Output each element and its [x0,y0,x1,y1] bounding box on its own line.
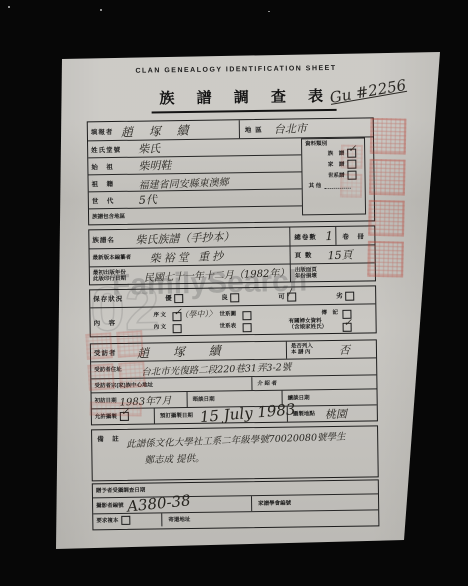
title-label: 族譜名 [89,234,135,244]
checkbox-good [230,293,239,302]
volume-count-value: 1 [325,229,333,243]
form-title-chinese: 族 譜 調 查 表 [151,85,336,114]
preface-label: 序 文 [150,312,169,318]
copy-requested-label: 要求複本 [93,517,121,523]
checkbox-fair: ∕ [287,292,296,301]
surname-hall-value: 柴氏 [138,140,161,157]
generations-value: 5代 [139,191,158,208]
this-edition-label: 此版印行日期 [90,275,144,282]
pages-label: 頁 數 [292,250,316,259]
introducer-label: 介 紹 者 [254,380,280,386]
red-seal-stamp [90,401,142,416]
checkbox-lineage-table [243,323,252,332]
category-other-label: 其 他 [306,183,325,189]
compiler-label: 最新版本編纂者 [90,254,150,261]
checkbox-lineage-chart [242,311,251,320]
volume-unit-label: 卷 冊 [339,231,368,240]
listed-in-genealogy-value: 否 [339,341,351,357]
region-value: 台北市 [274,120,308,137]
film-speck [268,11,270,12]
remarks-line2: 鄭志成 提供。 [144,450,204,466]
filming-location-value: 桃園 [325,405,348,422]
red-seal-stamp [340,144,363,197]
preface-note: （學中）〉 [180,308,216,320]
section-condition-contents: 保存狀況 優 良 可 ∕ 劣 內 容 序 文 ✓ （學中）〉 世系圖 傳 記 內… [89,285,377,337]
ancestral-home-label: 祖 籍 [89,178,139,188]
title-value: 柴氏族譜（手抄本） [135,228,234,247]
volume-count-label: 總卷數 [291,232,320,241]
film-speck [8,6,10,8]
generations-label: 世 代 [89,195,139,205]
filler-label: 填報者 [88,126,117,135]
surname-hall-label: 姓氏堂號 [88,144,138,154]
compiler-value: 柴裕堂 重抄 [149,247,226,266]
biography-label: 傳 記 [318,310,341,316]
checkbox-poor [345,292,354,301]
red-seal-stamp [85,330,146,391]
donor-survey-date-label: 贈予者受攝調查日期 [93,487,149,494]
ancestral-home-value: 福建省同安縣東澳鄉 [138,173,228,191]
checkbox-main-text [173,324,182,333]
contents-label: 內 容 [90,317,146,327]
form-title-english: CLAN GENEALOGY IDENTIFICATION SHEET [86,64,386,75]
founder-value: 柴明鞋 [138,157,172,174]
checkbox-women-data: ✓ [343,323,352,332]
main-text-label: 內 文 [151,324,170,330]
section-clan-info: 填報者 趙 塚 續 地 區 台北市 姓氏堂號 柴氏 始 祖 柴明鞋 祖 籍 福建… [87,117,375,225]
region-label: 地 區 [242,124,266,133]
remarks-label: 備 註 [94,434,123,443]
film-speck [100,9,102,11]
society-number-label: 家譜學會編號 [255,500,294,507]
filming-location-label: 攝製地點 [290,411,318,417]
checkbox-copy-requested [121,516,130,525]
scheduled-filming-date-label: 預訂攝製日期 [157,412,196,419]
photographer-number-label: 攝影者編號 [93,502,127,508]
handwritten-catalog-number: Gu #2256 [328,76,407,107]
founder-label: 始 祖 [88,161,138,171]
section-volume-info: 族譜名 柴氏族譜（手抄本） 總卷數 1 卷 冊 最新版本編纂者 柴裕堂 重抄 頁… [88,225,376,285]
section-donor-ids: 贈予者受攝調查日期 攝影者編號 A380-38 家譜學會編號 要求複本 寄還地址 [92,479,380,530]
damaged-pages-label: 出版面頁 [292,267,320,273]
filler-value: 趙 塚 續 [120,121,194,141]
pages-value: 15頁 [327,246,353,263]
remarks-line1: 此譜係文化大學社工系二年級學號70020080號學生 [126,429,346,451]
return-address-label: 寄還地址 [165,516,193,522]
coverage-area-label: 族譜包含地區 [89,213,128,220]
publication-date-value: 民國七十一年十二月（1982年） [144,264,290,284]
scanned-form-page: 02 FamilySearch CLAN GENEALOGY IDENTIFIC… [54,50,442,552]
lineage-chart-label: 世系圖 [216,311,239,317]
checkbox-excellent [174,294,183,303]
interview-date-label: 晤談日期 [190,396,218,402]
section-remarks: 備 註 此譜係文化大學社工系二年級學號70020080號學生 鄭志成 提供。 [91,425,379,481]
lineage-table-label: 世系表 [217,323,240,329]
red-seal-stamp [367,118,406,278]
condition-label: 保存狀況 [90,294,146,304]
